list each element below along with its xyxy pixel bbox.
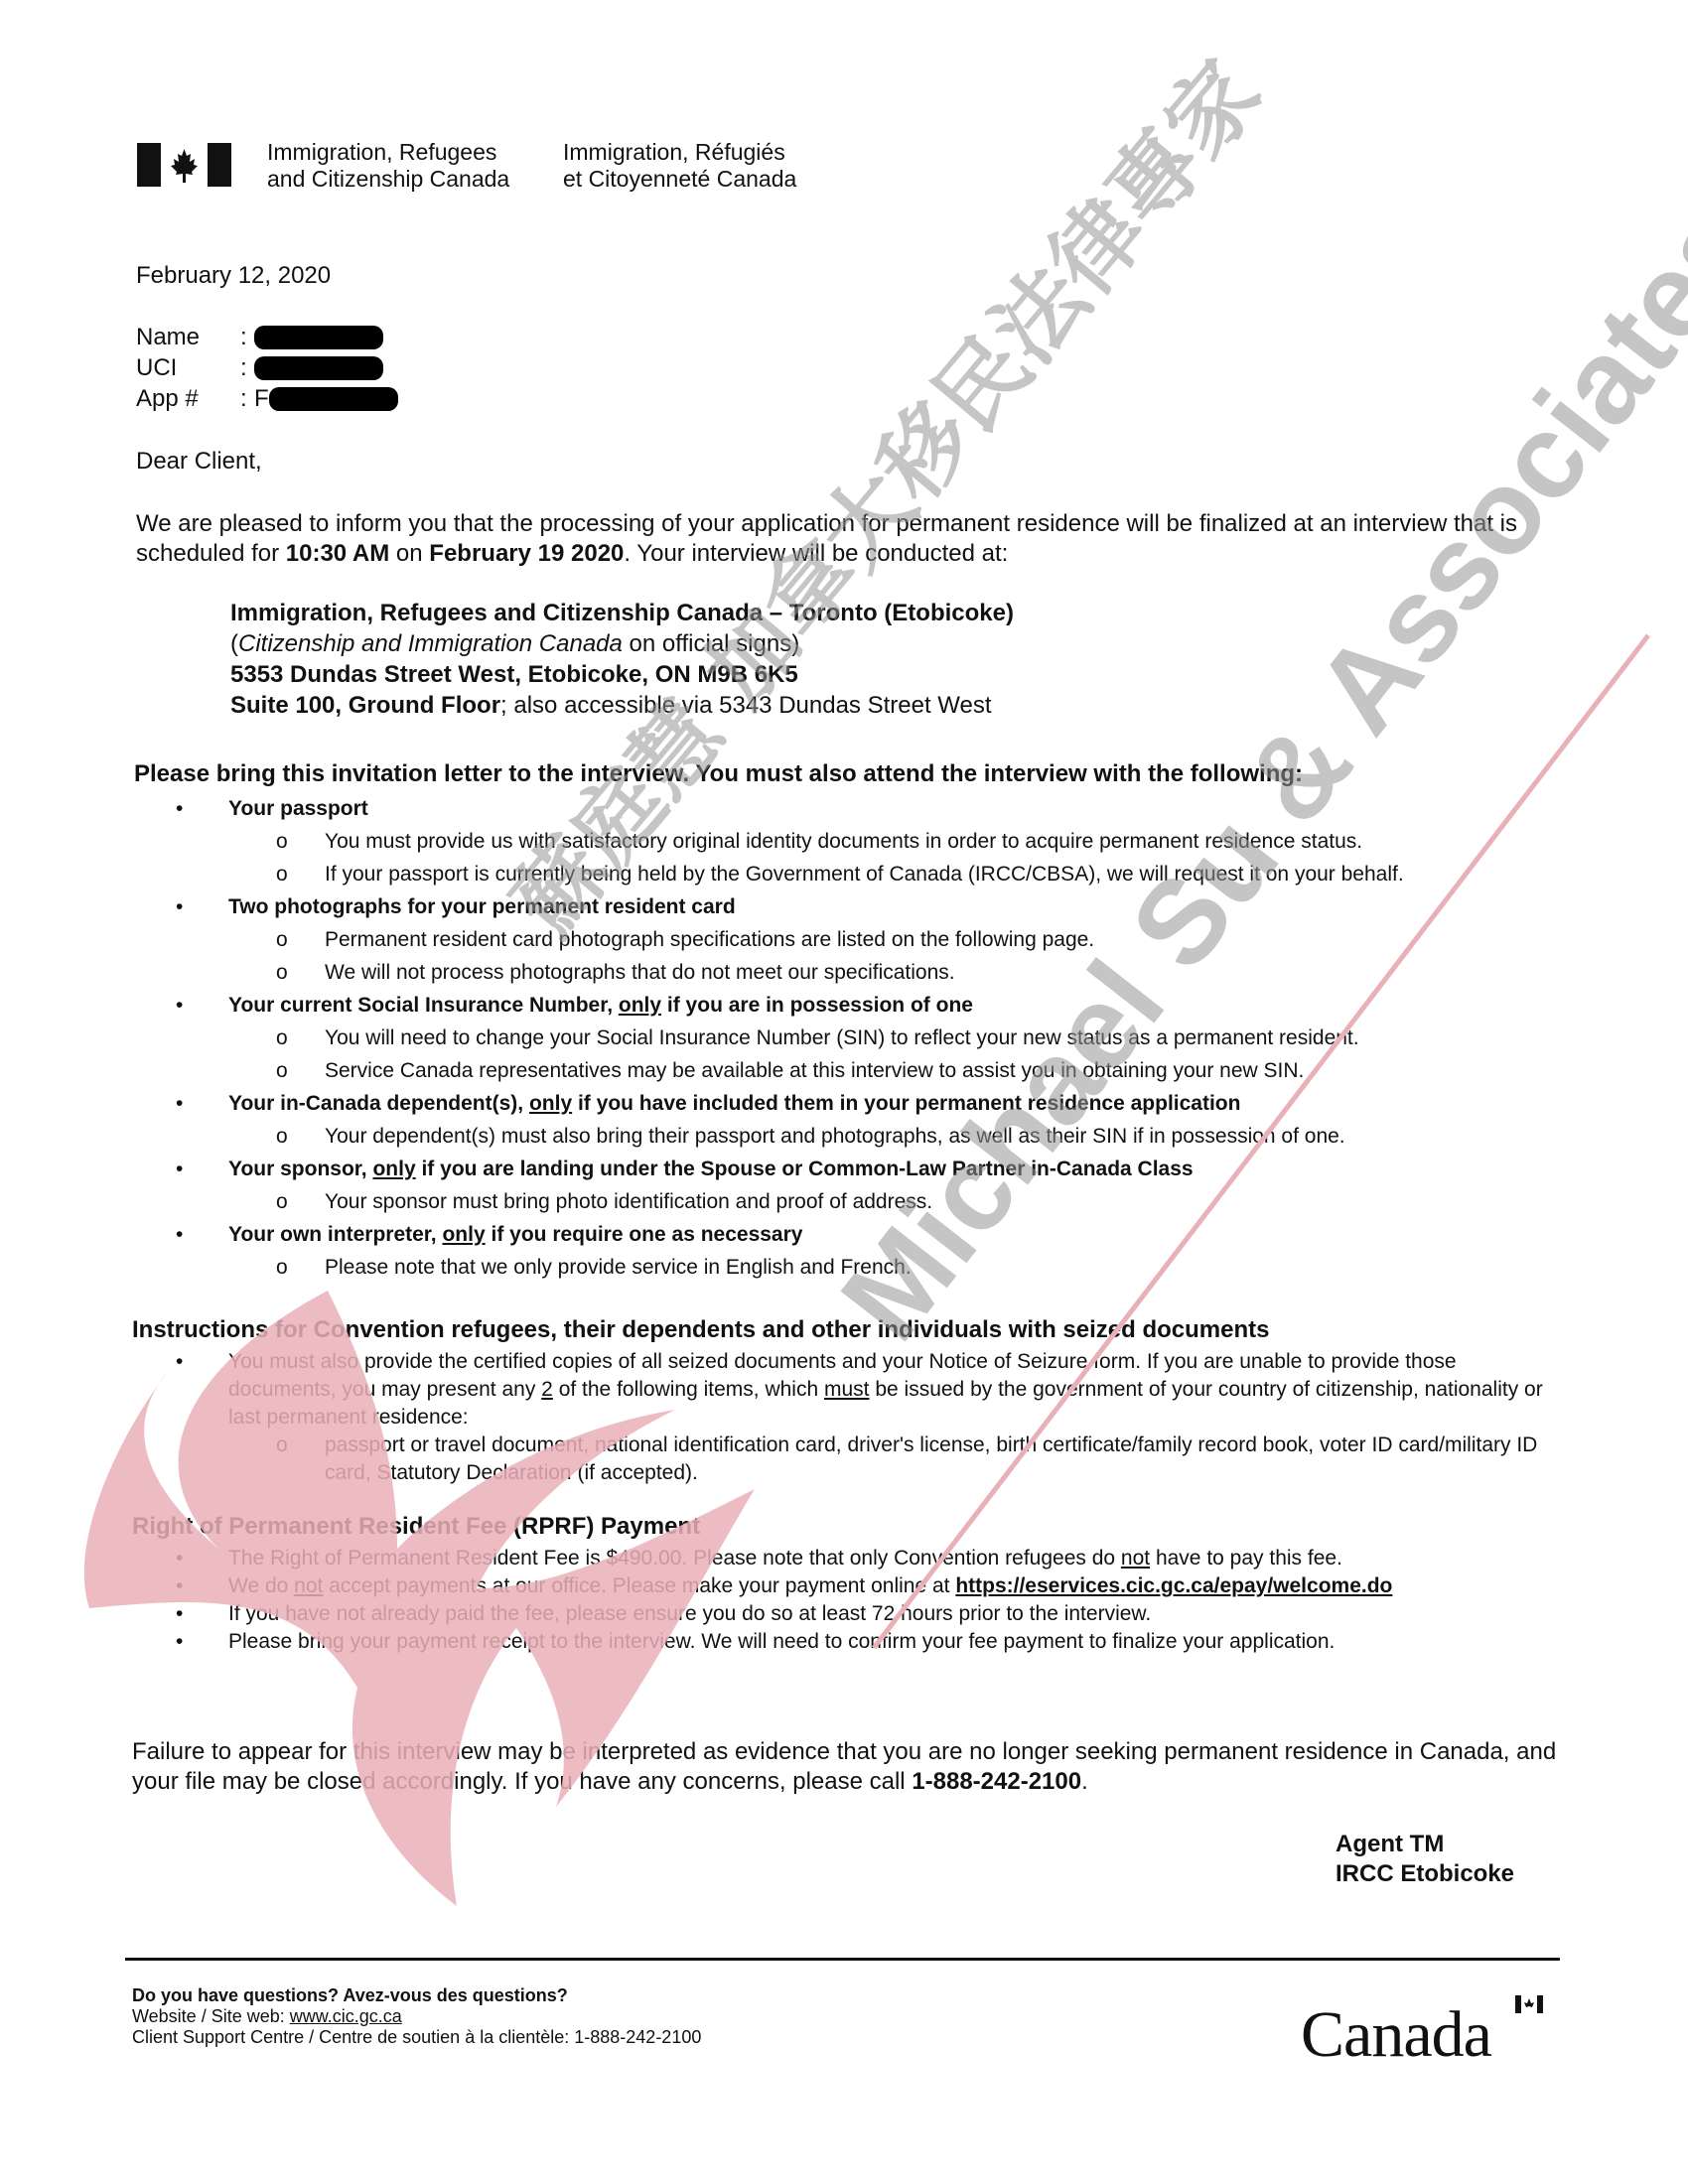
- meta-uci-row: UCI :: [136, 352, 398, 383]
- item-text: if you are landing under the Spouse or C…: [416, 1158, 1194, 1180]
- signs-rest: on official signs): [623, 630, 799, 657]
- item-underline: only: [372, 1158, 415, 1180]
- item-text: accept payments at our office. Please ma…: [323, 1574, 955, 1597]
- meta-value: F: [254, 383, 269, 414]
- list-item: Please bring your payment receipt to the…: [134, 1628, 1544, 1656]
- bring-sub-item: If your passport is currently being held…: [134, 858, 1564, 890]
- website-label: Website / Site web:: [132, 2006, 290, 2026]
- meta-colon: :: [240, 383, 254, 414]
- list-item: The Right of Permanent Resident Fee is $…: [134, 1545, 1544, 1572]
- item-underline: only: [619, 994, 661, 1017]
- bring-item: Your passport: [134, 792, 1564, 825]
- epay-link[interactable]: https://eservices.cic.gc.ca/epay/welcome…: [955, 1574, 1392, 1597]
- bring-sub-item: You must provide us with satisfactory or…: [134, 825, 1564, 858]
- signs-italic: Citizenship and Immigration Canada: [238, 630, 623, 657]
- meta-name-row: Name :: [136, 322, 398, 352]
- department-name-fr: Immigration, Réfugiés et Citoyenneté Can…: [563, 139, 796, 193]
- interview-date: February 19 2020: [429, 540, 624, 567]
- street-address: 5353 Dundas Street West, Etobicoke, ON M…: [230, 661, 798, 688]
- department-name-en: Immigration, Refugees and Citizenship Ca…: [267, 139, 509, 193]
- redaction-bar: [254, 326, 383, 349]
- bring-item: Two photographs for your permanent resid…: [134, 890, 1564, 923]
- meta-app-row: App # : F: [136, 383, 398, 414]
- footer-divider: [125, 1958, 1560, 1961]
- footer-contact: Do you have questions? Avez-vous des que…: [132, 1985, 701, 2048]
- client-meta: Name : UCI : App # : F: [136, 322, 398, 414]
- list-item: We do not accept payments at our office.…: [134, 1572, 1544, 1600]
- bring-item: Your own interpreter, only if you requir…: [134, 1218, 1564, 1251]
- bring-sub-item: We will not process photographs that do …: [134, 956, 1564, 989]
- dept-en-line1: Immigration, Refugees: [267, 139, 509, 166]
- item-text: The Right of Permanent Resident Fee is $…: [228, 1547, 1121, 1570]
- meta-colon: :: [240, 352, 254, 383]
- suite-note: ; also accessible via 5343 Dundas Street…: [500, 692, 991, 719]
- bring-item: Your current Social Insurance Number, on…: [134, 989, 1564, 1022]
- item-text: of the following items, which: [553, 1378, 824, 1401]
- item-underline: not: [1121, 1547, 1150, 1570]
- canada-wordmark-flag-icon: [1515, 1995, 1543, 2013]
- dept-fr-line2: et Citoyenneté Canada: [563, 166, 796, 193]
- signature-office: IRCC Etobicoke: [1336, 1859, 1514, 1889]
- support-line: Client Support Centre / Centre de soutie…: [132, 2027, 701, 2048]
- refugee-heading: Instructions for Convention refugees, th…: [132, 1316, 1269, 1344]
- bring-heading: Please bring this invitation letter to t…: [134, 760, 1303, 788]
- item-text: Your current Social Insurance Number,: [228, 994, 619, 1017]
- bring-sub-item: Your sponsor must bring photo identifica…: [134, 1185, 1564, 1218]
- meta-label: Name: [136, 322, 240, 352]
- bring-sub-item: Your dependent(s) must also bring their …: [134, 1120, 1564, 1153]
- item-text: if you have included them in your perman…: [572, 1092, 1240, 1115]
- letter-date: February 12, 2020: [136, 262, 331, 290]
- canada-flag-icon: [137, 143, 231, 187]
- sub-list-item: passport or travel document, national id…: [134, 1432, 1544, 1487]
- intro-paragraph: We are pleased to inform you that the pr…: [136, 509, 1546, 569]
- interview-time: 10:30 AM: [286, 540, 389, 567]
- item-underline: only: [442, 1223, 485, 1246]
- item-underline: not: [294, 1574, 323, 1597]
- item-text: have to pay this fee.: [1150, 1547, 1342, 1570]
- signature: Agent TM IRCC Etobicoke: [1336, 1830, 1514, 1889]
- bring-item: Your sponsor, only if you are landing un…: [134, 1153, 1564, 1185]
- office-name: Immigration, Refugees and Citizenship Ca…: [230, 600, 1014, 626]
- interview-address: Immigration, Refugees and Citizenship Ca…: [230, 598, 1014, 721]
- failure-text: Failure to appear for this interview may…: [132, 1738, 1556, 1795]
- contact-phone: 1-888-242-2100: [912, 1768, 1081, 1795]
- letter-page: Immigration, Refugees and Citizenship Ca…: [0, 0, 1688, 2184]
- bring-list: Your passportYou must provide us with sa…: [134, 792, 1564, 1284]
- bring-sub-item: Service Canada representatives may be av…: [134, 1054, 1564, 1087]
- bring-sub-item: You will need to change your Social Insu…: [134, 1022, 1564, 1054]
- item-text: Your sponsor,: [228, 1158, 372, 1180]
- item-text: We do: [228, 1574, 294, 1597]
- bring-item: Your in-Canada dependent(s), only if you…: [134, 1087, 1564, 1120]
- fee-heading: Right of Permanent Resident Fee (RPRF) P…: [132, 1513, 700, 1541]
- list-item: You must also provide the certified copi…: [134, 1348, 1544, 1432]
- canada-wordmark: Canada: [1301, 1997, 1491, 2073]
- dept-fr-line1: Immigration, Réfugiés: [563, 139, 796, 166]
- salutation: Dear Client,: [136, 448, 262, 476]
- item-text: if you require one as necessary: [486, 1223, 803, 1246]
- failure-paragraph: Failure to appear for this interview may…: [132, 1737, 1562, 1797]
- meta-label: App #: [136, 383, 240, 414]
- bring-sub-item: Permanent resident card photograph speci…: [134, 923, 1564, 956]
- item-underline: 2: [541, 1378, 553, 1401]
- failure-end: .: [1081, 1768, 1088, 1795]
- meta-label: UCI: [136, 352, 240, 383]
- item-text: Your own interpreter,: [228, 1223, 442, 1246]
- redaction-bar: [269, 387, 398, 411]
- bring-sub-item: Please note that we only provide service…: [134, 1251, 1564, 1284]
- item-text: Your in-Canada dependent(s),: [228, 1092, 529, 1115]
- website-link[interactable]: www.cic.gc.ca: [290, 2006, 402, 2026]
- fee-list: The Right of Permanent Resident Fee is $…: [134, 1545, 1544, 1656]
- item-underline: must: [824, 1378, 870, 1401]
- suite: Suite 100, Ground Floor: [230, 692, 500, 719]
- intro-text: . Your interview will be conducted at:: [624, 540, 1008, 567]
- meta-colon: :: [240, 322, 254, 352]
- signs-note: (Citizenship and Immigration Canada on o…: [230, 628, 1014, 659]
- item-underline: only: [529, 1092, 572, 1115]
- item-text: if you are in possession of one: [661, 994, 973, 1017]
- item-text: Two photographs for your permanent resid…: [228, 895, 736, 918]
- dept-en-line2: and Citizenship Canada: [267, 166, 509, 193]
- redaction-bar: [254, 356, 383, 380]
- refugee-list: You must also provide the certified copi…: [134, 1348, 1544, 1487]
- footer-questions: Do you have questions? Avez-vous des que…: [132, 1985, 568, 2005]
- list-item: If you have not already paid the fee, pl…: [134, 1600, 1544, 1628]
- item-text: Your passport: [228, 797, 368, 820]
- intro-text: on: [389, 540, 429, 567]
- signature-agent: Agent TM: [1336, 1830, 1514, 1859]
